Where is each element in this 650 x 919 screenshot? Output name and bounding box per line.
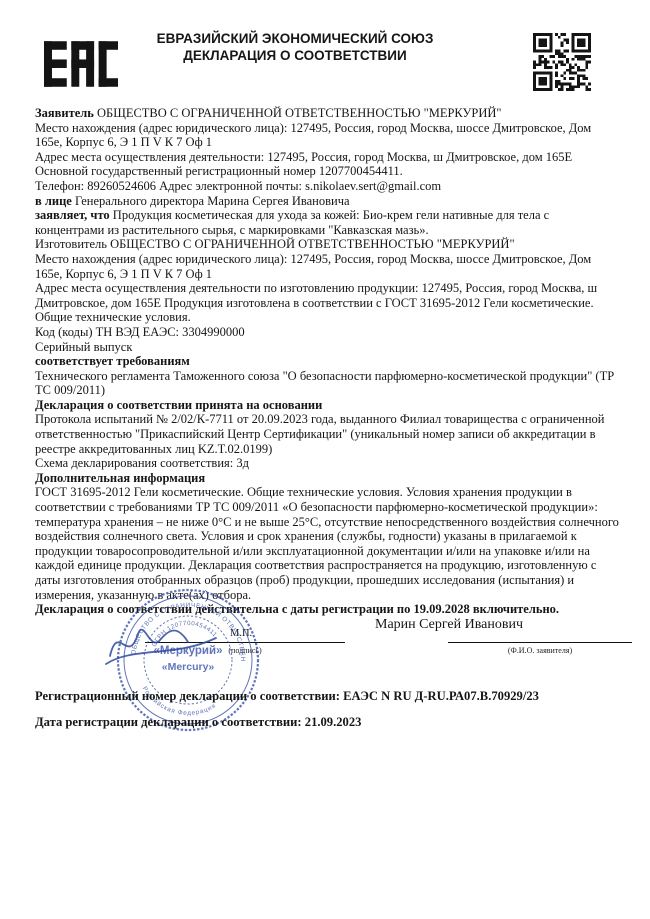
registration-date-label: Дата регистрации декларации о соответств…: [35, 715, 302, 729]
paragraph-manufacturer: Изготовитель ОБЩЕСТВО С ОГРАНИЧЕННОЙ ОТВ…: [35, 237, 620, 252]
applicant-name: Марин Сергей Иванович: [375, 617, 523, 633]
paragraph-manufacturer-address: Место нахождения (адрес юридического лиц…: [35, 252, 620, 281]
fio-line: [448, 642, 632, 643]
label-applicant: Заявитель: [35, 106, 94, 120]
registration-date-row: Дата регистрации декларации о соответств…: [35, 715, 361, 730]
paragraph-production-address: Адрес места осуществления деятельности п…: [35, 281, 620, 325]
qr-code-icon: [533, 33, 591, 91]
paragraph-test-protocol: Протокола испытаний № 2/02/К-7711 от 20.…: [35, 412, 620, 456]
paragraph-applicant-address: Место нахождения (адрес юридического лиц…: [35, 121, 620, 150]
paragraph-additional-info-heading: Дополнительная информация: [35, 471, 620, 486]
paragraph-serial-release: Серийный выпуск: [35, 340, 620, 355]
registration-number-value: ЕАЭС N RU Д-RU.РА07.В.70929/23: [343, 689, 539, 703]
handwritten-signature: [104, 612, 234, 678]
paragraph-tnved-code: Код (коды) ТН ВЭД ЕАЭС: 3304990000: [35, 325, 620, 340]
label-in-person: в лице: [35, 194, 72, 208]
paragraph-technical-regulation: Технического регламента Таможенного союз…: [35, 369, 620, 398]
paragraph-ogrn: Основной государственный регистрационный…: [35, 164, 620, 179]
registration-number-label: Регистрационный номер декларации о соотв…: [35, 689, 340, 703]
paragraph-declaration-scheme: Схема декларирования соответствия: 3д: [35, 456, 620, 471]
registration-number-row: Регистрационный номер декларации о соотв…: [35, 689, 539, 704]
title-line-union: ЕВРАЗИЙСКИЙ ЭКОНОМИЧЕСКИЙ СОЮЗ: [115, 31, 475, 48]
document-body: Заявитель ОБЩЕСТВО С ОГРАНИЧЕННОЙ ОТВЕТС…: [35, 106, 620, 617]
declaration-document: ЕВРАЗИЙСКИЙ ЭКОНОМИЧЕСКИЙ СОЮЗ ДЕКЛАРАЦИ…: [0, 0, 650, 919]
paragraph-phone-email: Телефон: 89260524606 Адрес электронной п…: [35, 179, 620, 194]
eac-mark-icon: [44, 41, 118, 87]
registration-date-value: 21.09.2023: [305, 715, 362, 729]
paragraph-represented-by: в лице Генерального директора Марина Сер…: [35, 194, 620, 209]
document-title: ЕВРАЗИЙСКИЙ ЭКОНОМИЧЕСКИЙ СОЮЗ ДЕКЛАРАЦИ…: [115, 31, 475, 64]
paragraph-complies-heading: соответствует требованиям: [35, 354, 620, 369]
fio-caption: (Ф.И.О. заявителя): [448, 646, 632, 655]
paragraph-declares: заявляет, что Продукция косметическая дл…: [35, 208, 620, 237]
label-declares: заявляет, что: [35, 208, 110, 222]
paragraph-applicant: Заявитель ОБЩЕСТВО С ОГРАНИЧЕННОЙ ОТВЕТС…: [35, 106, 620, 121]
title-line-declaration: ДЕКЛАРАЦИЯ О СООТВЕТСТВИИ: [115, 48, 475, 65]
paragraph-applicant-activity-address: Адрес места осуществления деятельности: …: [35, 150, 620, 165]
paragraph-basis-heading: Декларация о соответствии принята на осн…: [35, 398, 620, 413]
